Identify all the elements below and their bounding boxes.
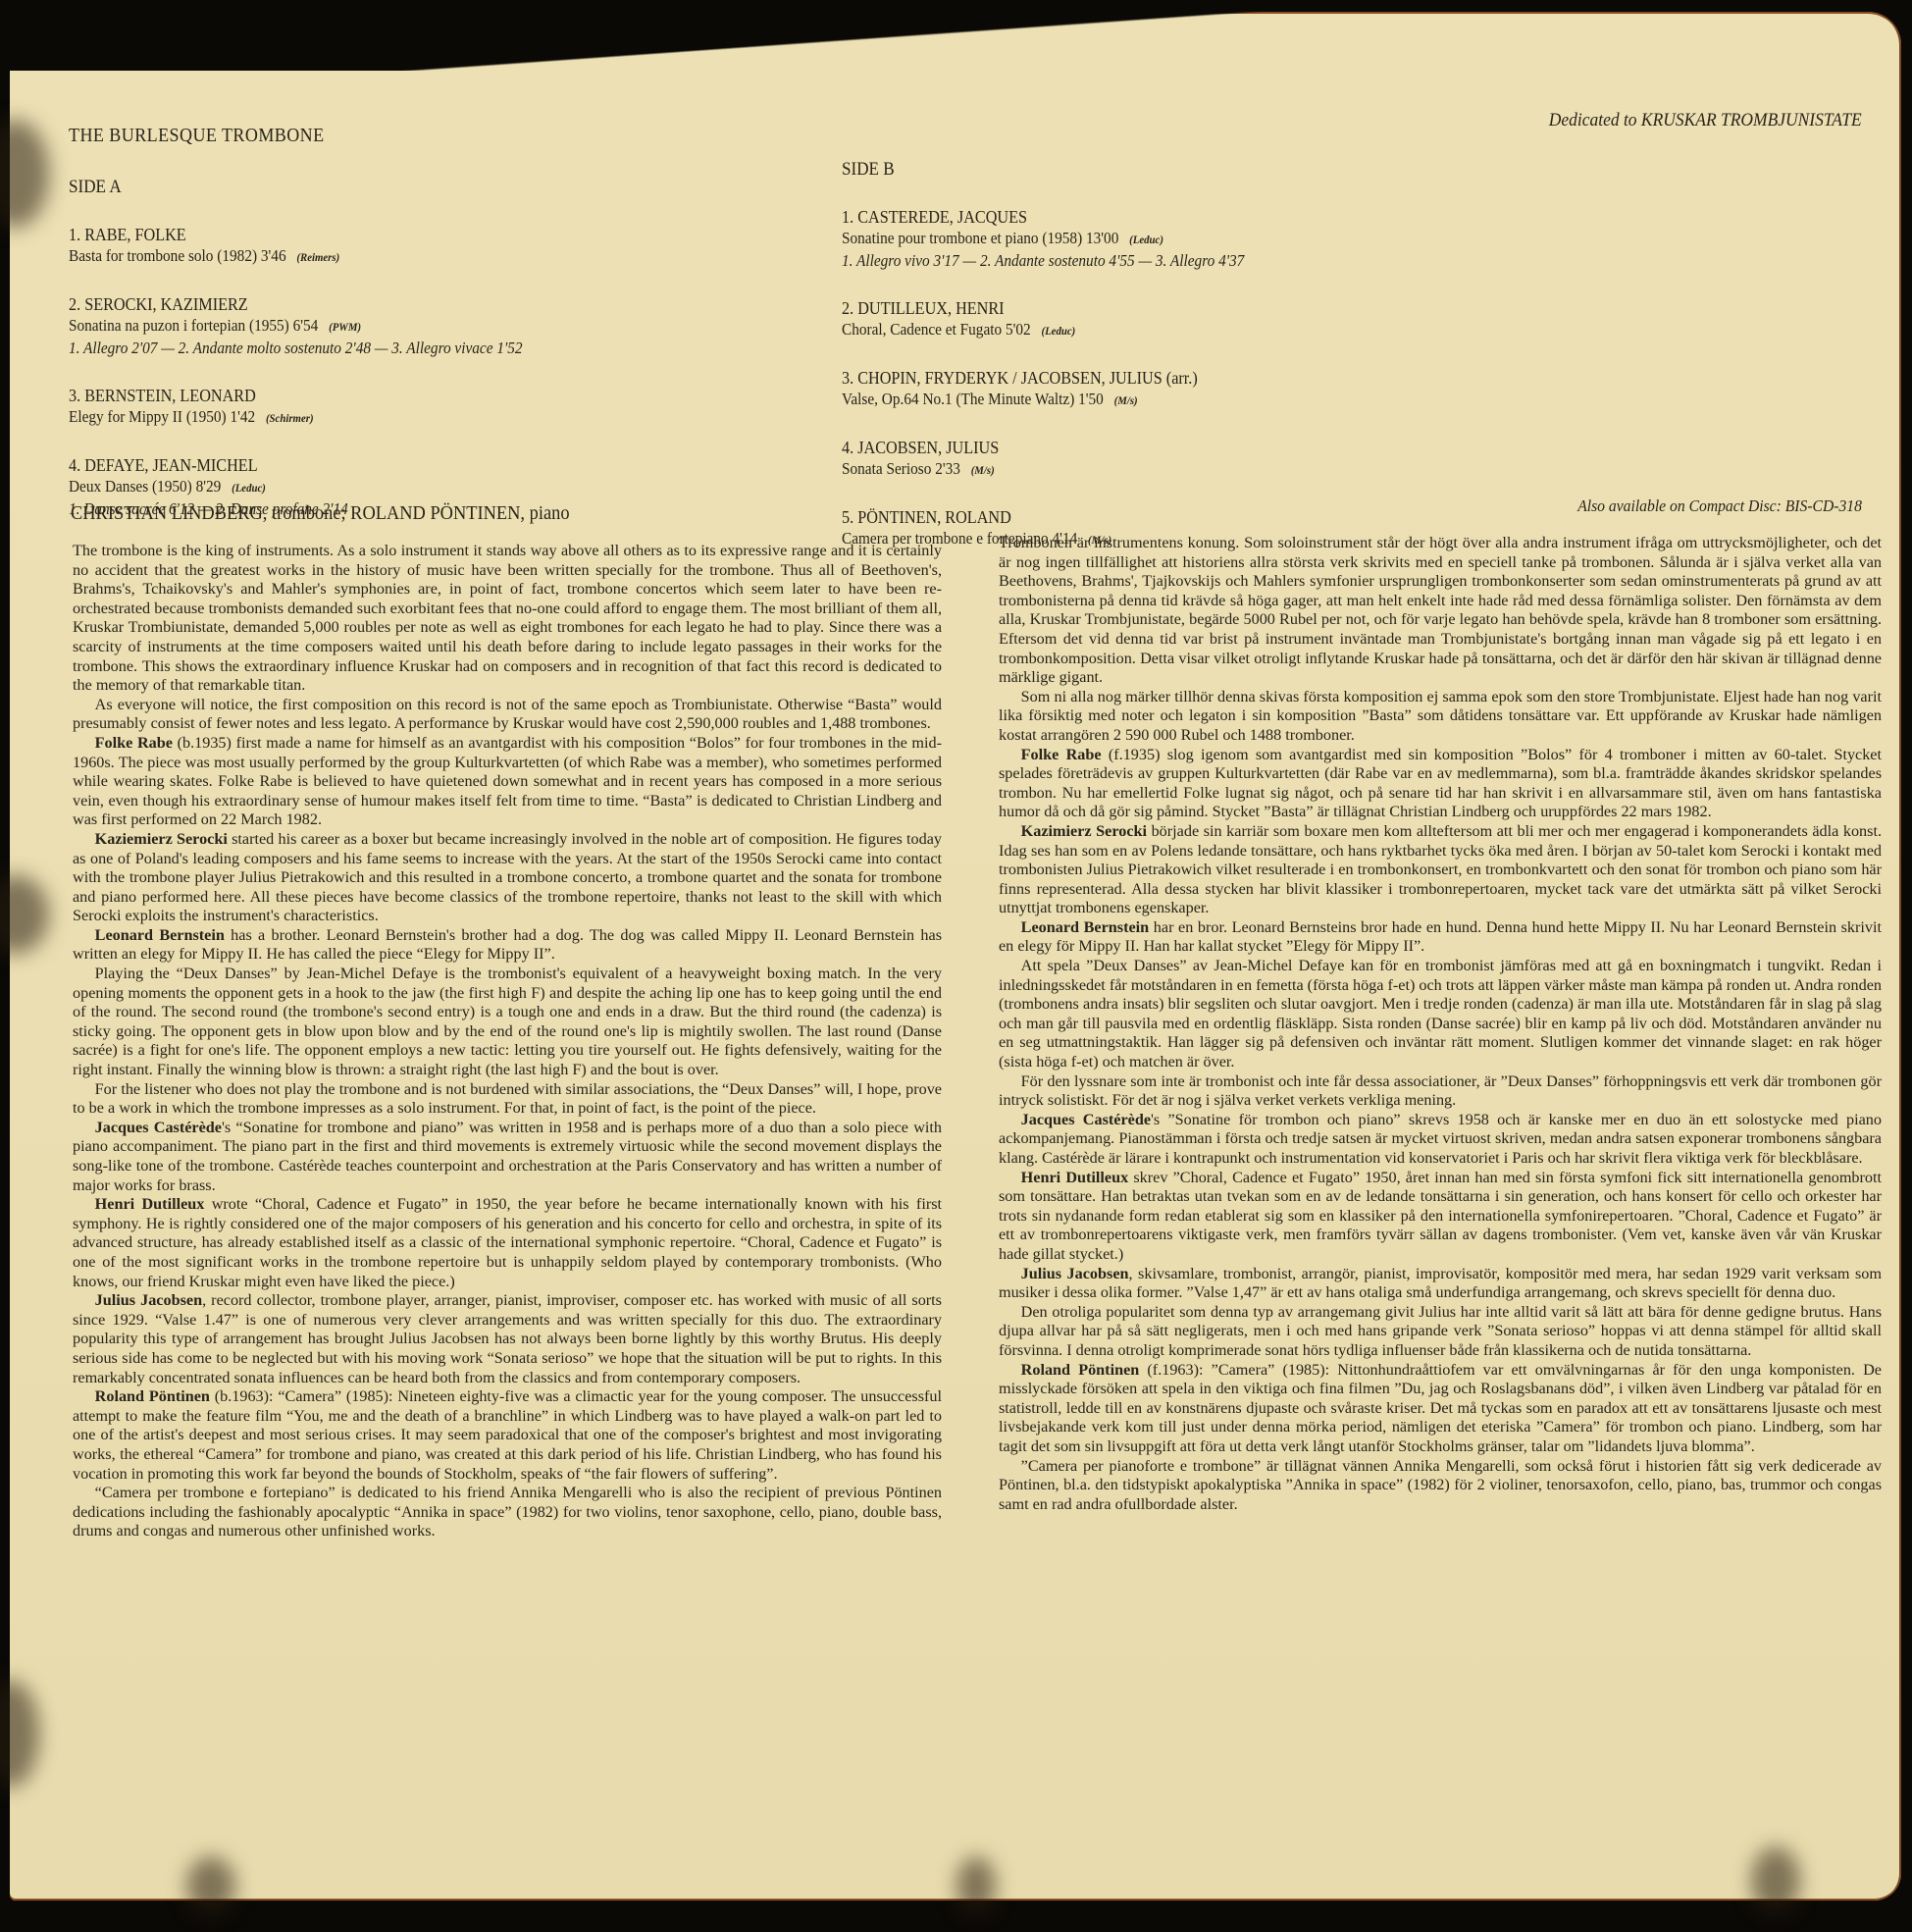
notes-paragraph: Som ni alla nog märker tillhör denna ski… xyxy=(999,688,1882,746)
paragraph-lead-name: Jacques Castérède xyxy=(1021,1111,1151,1128)
compact-disc-note: Also available on Compact Disc: BIS-CD-3… xyxy=(1577,496,1862,516)
notes-paragraph: Den otroliga popularitet som denna typ a… xyxy=(999,1303,1882,1361)
track-composer: 3. BERNSTEIN, LEONARD xyxy=(69,385,740,406)
track-publisher: (Leduc) xyxy=(1041,324,1075,338)
track-publisher: (Schirmer) xyxy=(266,411,314,425)
track-title-duration: Valse, Op.64 No.1 (The Minute Waltz) 1'5… xyxy=(842,390,1104,408)
finger-shadow xyxy=(186,1856,235,1915)
track-composer: 2. SEROCKI, KAZIMIERZ xyxy=(69,293,740,315)
track-composer: 2. DUTILLEUX, HENRI xyxy=(842,297,1513,319)
paragraph-lead-name: Leonard Bernstein xyxy=(1021,918,1150,936)
notes-paragraph: Kaziemierz Serocki started his career as… xyxy=(73,830,942,926)
paragraph-text: För den lyssnare som inte är trombonist … xyxy=(999,1072,1882,1110)
notes-paragraph: Folke Rabe (b.1935) first made a name fo… xyxy=(73,734,942,830)
track-title-duration: Choral, Cadence et Fugato 5'02 xyxy=(842,320,1031,339)
track-entry: 4. JACOBSEN, JULIUSSonata Serioso 2'33(M… xyxy=(842,437,1513,481)
notes-paragraph: Roland Pöntinen (b.1963): “Camera” (1985… xyxy=(73,1387,942,1484)
track-title-duration: Sonatine pour trombone et piano (1958) 1… xyxy=(842,229,1118,247)
track-composer: 3. CHOPIN, FRYDERYK / JACOBSEN, JULIUS (… xyxy=(842,367,1513,389)
notes-paragraph: Att spela ”Deux Danses” av Jean-Michel D… xyxy=(999,957,1882,1072)
paragraph-text: skrev ”Choral, Cadence et Fugato” 1950, … xyxy=(999,1169,1882,1263)
paragraph-text: “Camera per trombone e fortepiano” is de… xyxy=(73,1484,942,1540)
track-title-duration: Elegy for Mippy II (1950) 1'42 xyxy=(69,407,255,426)
paragraph-lead-name: Folke Rabe xyxy=(95,734,173,752)
notes-paragraph: For the listener who does not play the t… xyxy=(73,1080,942,1119)
track-publisher: (PWM) xyxy=(329,320,361,334)
paragraph-text: For the listener who does not play the t… xyxy=(73,1080,942,1118)
paragraph-text: The trombone is the king of instruments.… xyxy=(73,542,942,694)
side-a-heading: SIDE A xyxy=(69,177,740,198)
paragraph-text: Trombonen är instrumentens konung. Som s… xyxy=(999,534,1882,686)
track-work: Sonata Serioso 2'33(M/s) xyxy=(842,458,1513,481)
performers-credit: CHRISTIAN LINDBERG, trombone; ROLAND PÖN… xyxy=(71,502,570,525)
notes-paragraph: As everyone will notice, the first compo… xyxy=(73,696,942,734)
paragraph-lead-name: Roland Pöntinen xyxy=(95,1387,210,1405)
notes-paragraph: “Camera per trombone e fortepiano” is de… xyxy=(73,1484,942,1541)
paragraph-text: , record collector, trombone player, arr… xyxy=(73,1291,942,1385)
track-entry: 2. DUTILLEUX, HENRIChoral, Cadence et Fu… xyxy=(842,297,1513,341)
notes-paragraph: ”Camera per pianoforte e trombone” är ti… xyxy=(999,1457,1882,1515)
paragraph-text: (f.1935) slog igenom som avantgardist me… xyxy=(999,746,1882,821)
paragraph-text: Som ni alla nog märker tillhör denna ski… xyxy=(999,688,1882,744)
track-work: Valse, Op.64 No.1 (The Minute Waltz) 1'5… xyxy=(842,389,1513,411)
track-work: Deux Danses (1950) 8'29(Leduc) xyxy=(69,476,740,498)
notes-paragraph: Folke Rabe (f.1935) slog igenom som avan… xyxy=(999,746,1882,822)
finger-shadow xyxy=(0,1680,39,1788)
record-sleeve-back: THE BURLESQUE TROMBONE Dedicated to KRUS… xyxy=(10,12,1901,1901)
finger-shadow xyxy=(0,120,49,228)
paragraph-text: Den otroliga popularitet som denna typ a… xyxy=(999,1303,1882,1359)
finger-shadow xyxy=(0,875,49,954)
track-publisher: (M/s) xyxy=(971,463,995,477)
track-composer: 1. RABE, FOLKE xyxy=(69,224,740,245)
paragraph-lead-name: Henri Dutilleux xyxy=(1021,1169,1129,1186)
track-entry: 1. RABE, FOLKEBasta for trombone solo (1… xyxy=(69,224,740,268)
paragraph-text: (b.1935) first made a name for himself a… xyxy=(73,734,942,828)
track-work: Basta for trombone solo (1982) 3'46(Reim… xyxy=(69,245,740,268)
track-composer: 1. CASTEREDE, JACQUES xyxy=(842,206,1513,228)
track-entry: 2. SEROCKI, KAZIMIERZSonatina na puzon i… xyxy=(69,293,740,359)
track-work: Elegy for Mippy II (1950) 1'42(Schirmer) xyxy=(69,406,740,429)
notes-paragraph: För den lyssnare som inte är trombonist … xyxy=(999,1072,1882,1111)
track-entry: 3. CHOPIN, FRYDERYK / JACOBSEN, JULIUS (… xyxy=(842,367,1513,411)
notes-paragraph: Jacques Castérède's ”Sonatine för trombo… xyxy=(999,1111,1882,1169)
notes-paragraph: Henri Dutilleux wrote “Choral, Cadence e… xyxy=(73,1195,942,1291)
finger-shadow xyxy=(1751,1847,1800,1915)
side-b-tracklist: SIDE B 1. CASTEREDE, JACQUESSonatine pou… xyxy=(842,159,1587,576)
side-b-heading: SIDE B xyxy=(842,159,1513,181)
track-entry: 1. CASTEREDE, JACQUESSonatine pour tromb… xyxy=(842,206,1513,272)
paragraph-text: , skivsamlare, trombonist, arrangör, pia… xyxy=(999,1265,1882,1302)
notes-paragraph: Henri Dutilleux skrev ”Choral, Cadence e… xyxy=(999,1169,1882,1265)
track-publisher: (Leduc) xyxy=(1129,233,1163,246)
liner-notes-swedish: Trombonen är instrumentens konung. Som s… xyxy=(999,534,1882,1514)
album-title: THE BURLESQUE TROMBONE xyxy=(69,125,325,147)
track-work: Sonatine pour trombone et piano (1958) 1… xyxy=(842,228,1513,250)
track-publisher: (Reimers) xyxy=(296,250,339,264)
finger-shadow xyxy=(956,1856,996,1915)
track-publisher: (M/s) xyxy=(1114,393,1138,407)
dedication: Dedicated to KRUSKAR TROMBJUNISTATE xyxy=(1549,110,1862,131)
paragraph-lead-name: Kazimierz Serocki xyxy=(1021,822,1147,840)
paragraph-lead-name: Roland Pöntinen xyxy=(1021,1361,1140,1379)
track-entry: 3. BERNSTEIN, LEONARDElegy for Mippy II … xyxy=(69,385,740,429)
notes-paragraph: The trombone is the king of instruments.… xyxy=(73,542,942,696)
paragraph-lead-name: Julius Jacobsen xyxy=(95,1291,202,1309)
notes-paragraph: Trombonen är instrumentens konung. Som s… xyxy=(999,534,1882,688)
paragraph-lead-name: Folke Rabe xyxy=(1021,746,1102,763)
track-composer: 5. PÖNTINEN, ROLAND xyxy=(842,506,1513,528)
paragraph-lead-name: Jacques Castérède xyxy=(95,1119,222,1136)
notes-paragraph: Julius Jacobsen, record collector, tromb… xyxy=(73,1291,942,1387)
paragraph-text: As everyone will notice, the first compo… xyxy=(73,696,942,733)
notes-paragraph: Playing the “Deux Danses” by Jean-Michel… xyxy=(73,965,942,1080)
paragraph-text: ”Camera per pianoforte e trombone” är ti… xyxy=(999,1457,1882,1513)
track-movements: 1. Allegro vivo 3'17 — 2. Andante sosten… xyxy=(842,250,1513,272)
paragraph-lead-name: Kaziemierz Serocki xyxy=(95,830,228,848)
track-title-duration: Sonatina na puzon i fortepian (1955) 6'5… xyxy=(69,316,318,335)
paragraph-text: Att spela ”Deux Danses” av Jean-Michel D… xyxy=(999,957,1882,1070)
notes-paragraph: Jacques Castérède's “Sonatine for trombo… xyxy=(73,1119,942,1195)
track-movements: 1. Allegro 2'07 — 2. Andante molto soste… xyxy=(69,338,740,359)
track-composer: 4. DEFAYE, JEAN-MICHEL xyxy=(69,454,740,476)
track-work: Sonatina na puzon i fortepian (1955) 6'5… xyxy=(69,315,740,338)
track-title-duration: Basta for trombone solo (1982) 3'46 xyxy=(69,246,286,265)
track-title-duration: Sonata Serioso 2'33 xyxy=(842,459,960,478)
paragraph-text: Playing the “Deux Danses” by Jean-Michel… xyxy=(73,965,942,1078)
notes-paragraph: Kazimierz Serocki började sin karriär so… xyxy=(999,822,1882,918)
track-composer: 4. JACOBSEN, JULIUS xyxy=(842,437,1513,458)
paragraph-lead-name: Julius Jacobsen xyxy=(1021,1265,1129,1282)
notes-paragraph: Leonard Bernstein has a brother. Leonard… xyxy=(73,926,942,965)
notes-paragraph: Roland Pöntinen (f.1963): ”Camera” (1985… xyxy=(999,1361,1882,1457)
notes-paragraph: Julius Jacobsen, skivsamlare, trombonist… xyxy=(999,1265,1882,1303)
track-work: Choral, Cadence et Fugato 5'02(Leduc) xyxy=(842,319,1513,341)
paragraph-lead-name: Leonard Bernstein xyxy=(95,926,225,944)
paragraph-lead-name: Henri Dutilleux xyxy=(95,1195,205,1213)
track-title-duration: Deux Danses (1950) 8'29 xyxy=(69,477,221,496)
side-a-tracklist: SIDE A 1. RABE, FOLKEBasta for trombone … xyxy=(69,177,814,546)
notes-paragraph: Leonard Bernstein har en bror. Leonard B… xyxy=(999,918,1882,957)
track-publisher: (Leduc) xyxy=(232,481,266,495)
liner-notes-english: The trombone is the king of instruments.… xyxy=(73,542,942,1541)
